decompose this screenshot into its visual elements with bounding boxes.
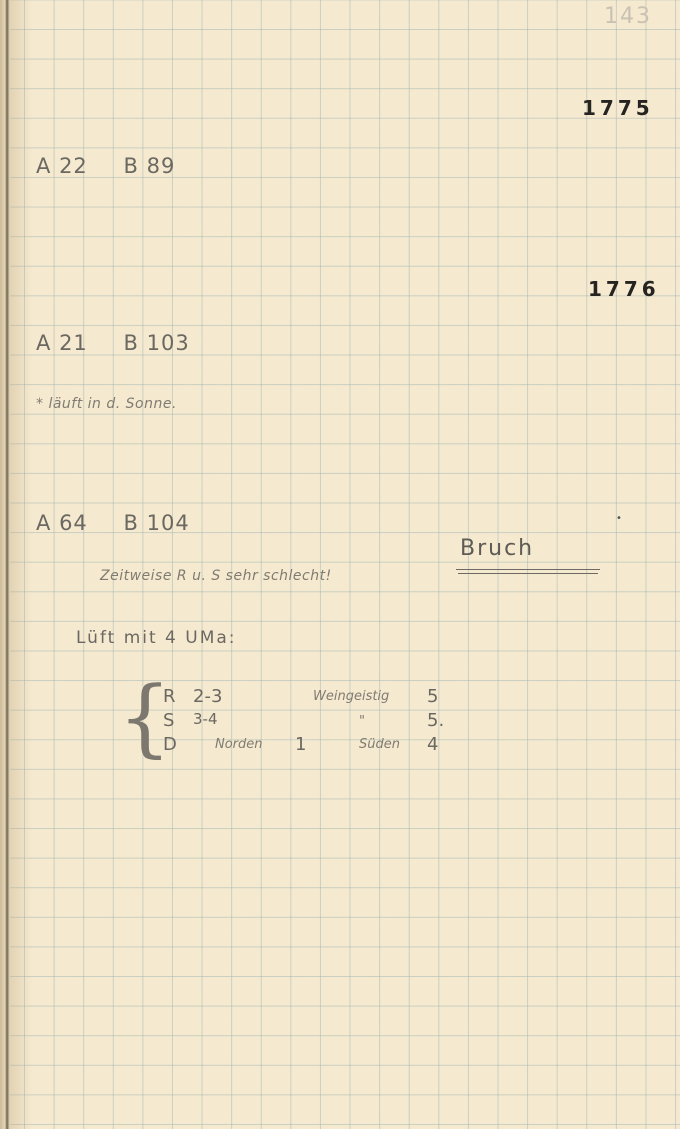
row-value: 5 <box>427 686 438 707</box>
b-label: B <box>123 331 138 355</box>
row-key: S <box>163 710 174 731</box>
page-number: 143 <box>604 4 652 29</box>
a-label: A <box>36 511 51 535</box>
notebook-page: 143 1775 A 22 B 89 1776 A 21 B 103 * läu… <box>0 0 680 1129</box>
ink-dot: • <box>616 513 623 524</box>
row-value: 5. <box>427 710 444 731</box>
b-value: 103 <box>147 331 190 355</box>
a-value: 64 <box>59 511 88 535</box>
a-label: A <box>36 331 51 355</box>
row-range-value: 1 <box>295 734 306 755</box>
tag-underline <box>456 569 600 570</box>
b-value: 89 <box>147 154 176 178</box>
year-heading-1776: 1776 <box>588 277 660 301</box>
row-word: Süden <box>359 737 400 752</box>
a-value: 21 <box>59 331 88 355</box>
row-key: R <box>163 686 176 707</box>
row-range: 2-3 <box>193 686 222 707</box>
year-heading-1775: 1775 <box>582 96 654 120</box>
row-value: 4 <box>427 734 438 755</box>
b-label: B <box>123 154 138 178</box>
a-label: A <box>36 154 51 178</box>
b-value: 104 <box>147 511 190 535</box>
row-ditto: " <box>359 714 365 729</box>
row-word: Weingeistig <box>313 689 389 704</box>
b-label: B <box>123 511 138 535</box>
a-value: 22 <box>59 154 88 178</box>
entry-3-remark: Zeitweise R u. S sehr schlecht! <box>100 568 332 584</box>
entry-1776-note: * läuft in d. Sonne. <box>36 396 177 412</box>
entry-3-values: A 64 B 104 <box>36 511 190 535</box>
entry-1776-values: A 21 B 103 <box>36 331 190 355</box>
row-key: D <box>163 734 177 755</box>
binding-shadow <box>10 0 32 1129</box>
entry-1775-values: A 22 B 89 <box>36 154 175 178</box>
bruch-tag: Bruch <box>460 536 534 561</box>
entry-3-subheading: Lüft mit 4 UMa: <box>76 628 237 648</box>
row-range: 3-4 <box>193 710 218 728</box>
page-binding-edge <box>0 0 10 1129</box>
tag-underline-2 <box>458 573 598 574</box>
row-range: Norden <box>215 737 263 752</box>
